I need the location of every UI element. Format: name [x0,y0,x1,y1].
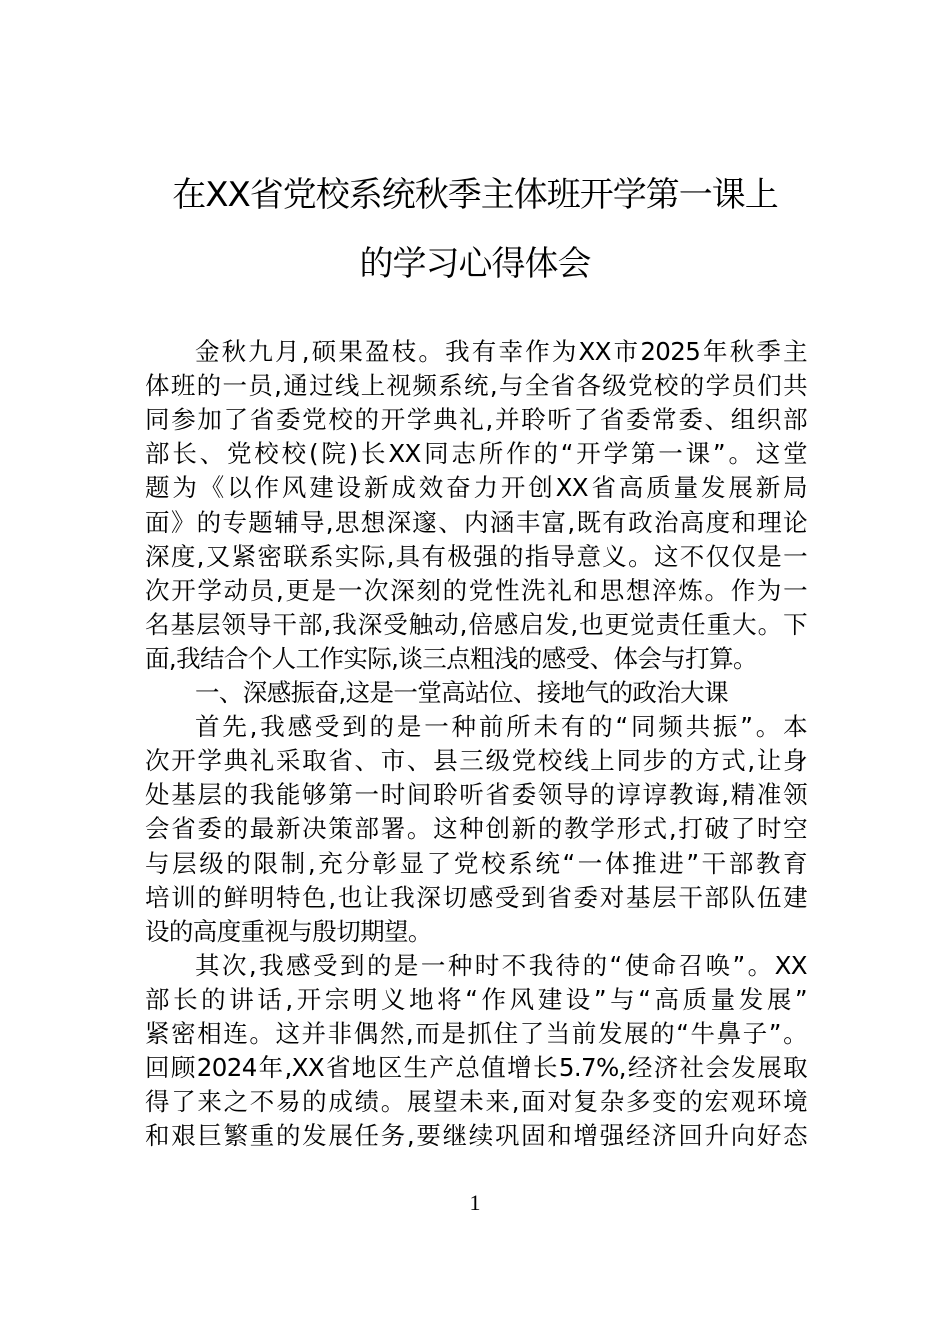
body-text-line: 处基层的我能够第一时间聆听省委领导的谆谆教诲,精准领 [145,778,807,812]
body-text-line: 体班的一员,通过线上视频系统,与全省各级党校的学员们共 [145,369,807,403]
body-text-line: 面》的专题辅导,思想深邃、内涵丰富,既有政治高度和理论 [145,506,807,540]
body-text-line: 次开学典礼采取省、市、县三级党校线上同步的方式,让身 [145,744,807,778]
body-text-line: 次开学动员,更是一次深刻的党性洗礼和思想淬炼。作为一 [145,574,807,608]
body-text-line: 与层级的限制,充分彰显了党校系统“一体推进”干部教育 [145,847,807,881]
body-text-line: 得了来之不易的成绩。展望未来,面对复杂多变的宏观环境 [145,1085,807,1119]
body-text-line: 紧密相连。这并非偶然,而是抓住了当前发展的“牛鼻子”。 [145,1017,807,1051]
body-text-line: 金秋九月,硕果盈枝。我有幸作为XX市2025年秋季主 [145,335,807,369]
body-text-line: 培训的鲜明特色,也让我深切感受到省委对基层干部队伍建 [145,881,807,915]
body-text-line: 名基层领导干部,我深受触动,倍感启发,也更觉责任重大。下 [145,608,807,642]
document-title-line-2: 的学习心得体会 [120,247,830,281]
document-page: 在XX省党校系统秋季主体班开学第一课上 的学习心得体会 金秋九月,硕果盈枝。我有… [0,0,950,1344]
body-text-line: 深度,又紧密联系实际,具有极强的指导意义。这不仅仅是一 [145,540,807,574]
page-number: 1 [0,1190,950,1216]
body-text-line: 部长的讲话,开宗明义地将“作风建设”与“高质量发展” [145,983,807,1017]
body-text-line: 会省委的最新决策部署。这种创新的教学形式,打破了时空 [145,812,807,846]
document-title-line-1: 在XX省党校系统秋季主体班开学第一课上 [120,178,830,212]
body-text-line: 和艰巨繁重的发展任务,要继续巩固和增强经济回升向好态 [145,1119,807,1153]
body-text-line: 回顾2024年,XX省地区生产总值增长5.7%,经济社会发展取 [145,1051,807,1085]
body-text-line: 面,我结合个人工作实际,谈三点粗浅的感受、体会与打算。 [145,642,807,676]
body-text-line: 设的高度重视与殷切期望。 [145,915,807,949]
section-heading: 一、深感振奋,这是一堂高站位、接地气的政治大课 [145,676,807,710]
body-text-line: 题为《以作风建设新成效奋力开创XX省高质量发展新局 [145,471,807,505]
body-text-line: 首先,我感受到的是一种前所未有的“同频共振”。本 [145,710,807,744]
body-text-line: 部长、党校校(院)长XX同志所作的“开学第一课”。这堂 [145,437,807,471]
body-text-line: 同参加了省委党校的开学典礼,并聆听了省委常委、组织部 [145,403,807,437]
body-text-line: 其次,我感受到的是一种时不我待的“使命召唤”。XX [145,949,807,983]
